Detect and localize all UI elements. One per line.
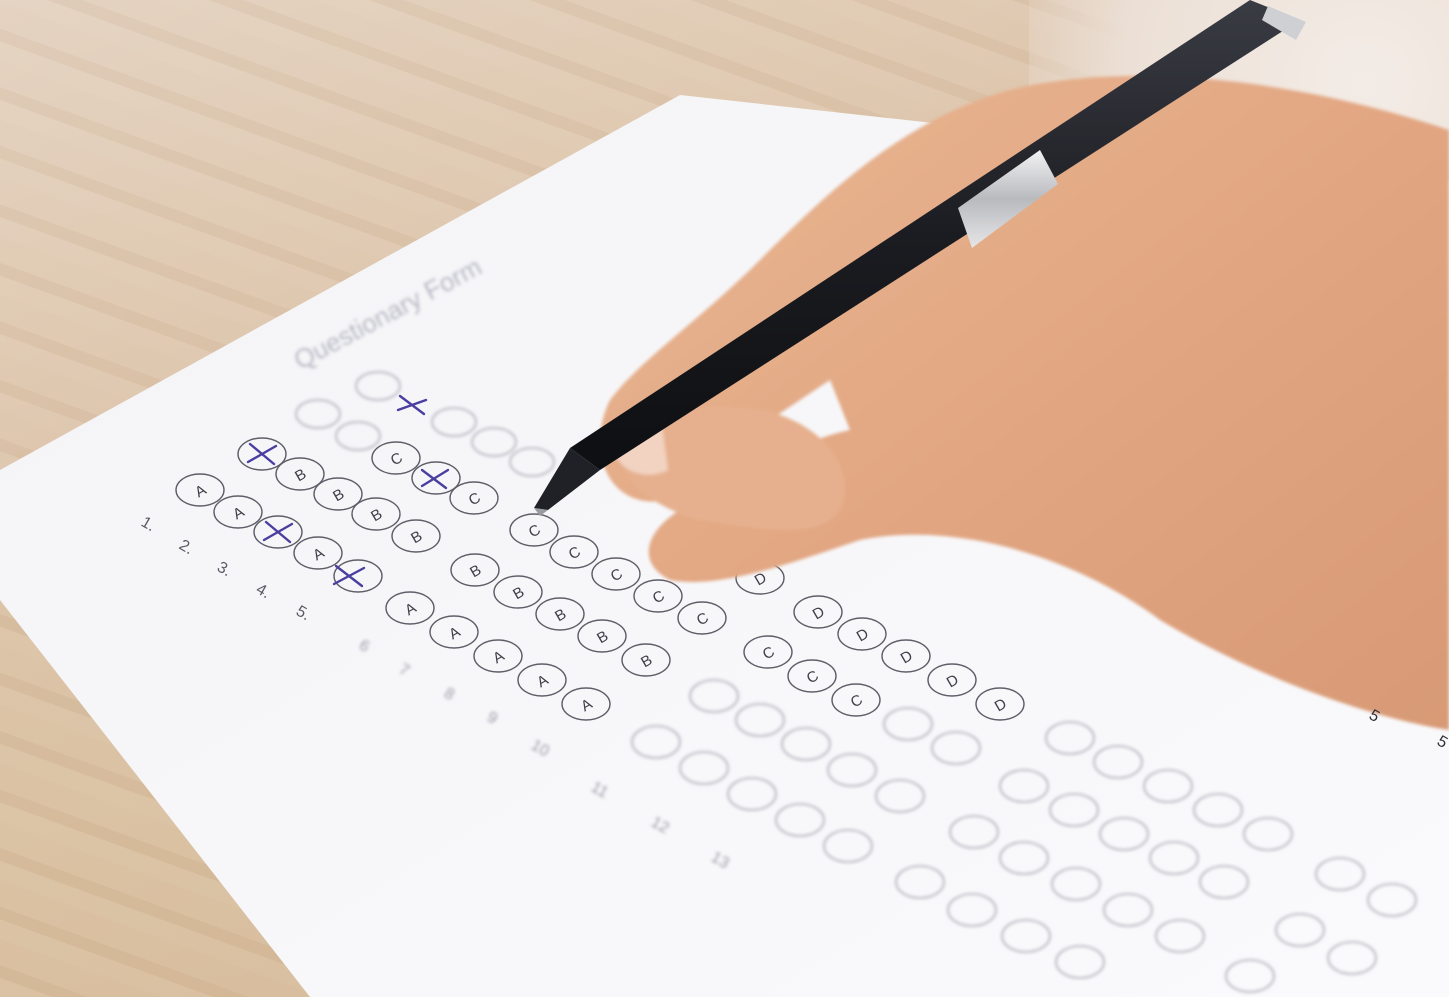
answer-sheet-drawing: Questionary Form 1. 2. 3. 4. 5. 6 7 8 9 … <box>0 0 1449 997</box>
answer-sheet: Questionary Form 1. 2. 3. 4. 5. 6 7 8 9 … <box>0 0 1449 997</box>
